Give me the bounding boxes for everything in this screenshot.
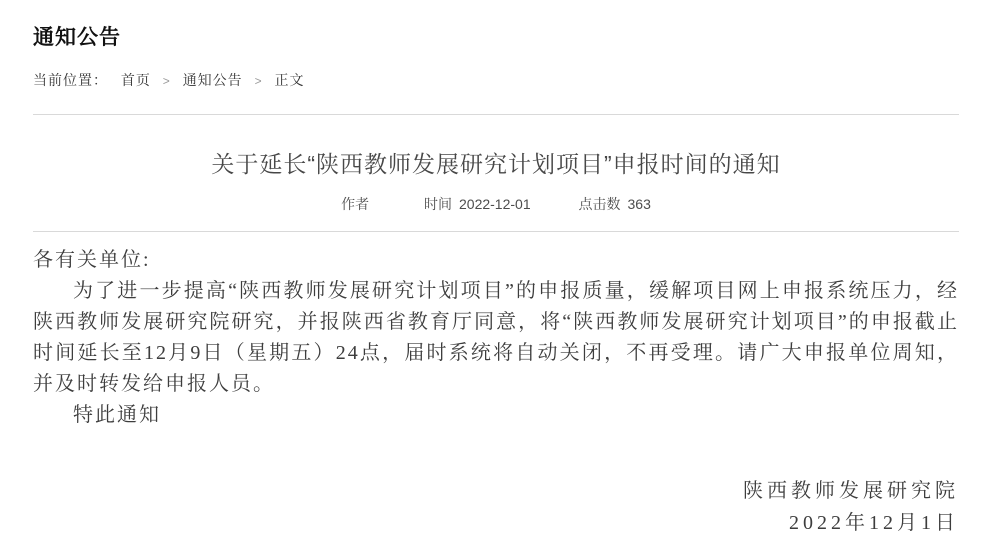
section-title: 通知公告 — [33, 0, 959, 51]
signature-block: 陕西教师发展研究院 2022年12月1日 — [33, 475, 959, 539]
breadcrumb: 当前位置： 首页 > 通知公告 > 正文 — [33, 70, 959, 90]
body-paragraph: 特此通知 — [33, 400, 959, 431]
meta-time-label: 时间 — [424, 196, 452, 212]
breadcrumb-item-home[interactable]: 首页 — [121, 72, 151, 88]
divider-top — [33, 114, 959, 115]
meta-hits-value: 363 — [628, 196, 651, 212]
meta-author-label: 作者 — [341, 196, 369, 212]
notice-page: 通知公告 当前位置： 首页 > 通知公告 > 正文 关于延长“陕西教师发展研究计… — [0, 0, 992, 549]
chevron-right-icon: > — [163, 74, 171, 88]
notice-body: 各有关单位: 为了进一步提高“陕西教师发展研究计划项目”的申报质量，缓解项目网上… — [33, 245, 959, 431]
meta-time: 时间2022-12-01 — [424, 194, 531, 214]
meta-hits-label: 点击数 — [579, 196, 621, 212]
breadcrumb-label: 当前位置： — [33, 72, 108, 88]
article: 关于延长“陕西教师发展研究计划项目”申报时间的通知 作者 时间2022-12-0… — [33, 146, 959, 539]
article-meta: 作者 时间2022-12-01 点击数363 — [33, 194, 959, 214]
meta-hits: 点击数363 — [579, 194, 651, 214]
breadcrumb-item-current: 正文 — [274, 72, 304, 88]
body-paragraph: 为了进一步提高“陕西教师发展研究计划项目”的申报质量，缓解项目网上申报系统压力，… — [33, 276, 959, 400]
chevron-right-icon: > — [255, 74, 263, 88]
article-title: 关于延长“陕西教师发展研究计划项目”申报时间的通知 — [33, 146, 959, 179]
salutation: 各有关单位: — [33, 245, 959, 276]
meta-time-value: 2022-12-01 — [459, 196, 531, 212]
meta-author: 作者 — [341, 194, 376, 214]
signature-date: 2022年12月1日 — [33, 507, 959, 539]
signature-org: 陕西教师发展研究院 — [33, 475, 959, 507]
divider-meta — [33, 231, 959, 232]
breadcrumb-item-notices[interactable]: 通知公告 — [183, 72, 243, 88]
